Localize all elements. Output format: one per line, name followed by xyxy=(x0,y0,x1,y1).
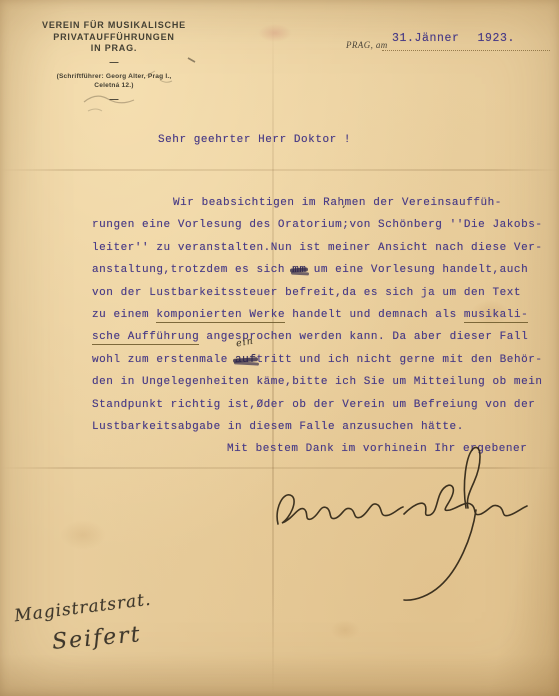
body-line-5: von der Lustbarkeitssteuer befreit,da es… xyxy=(92,282,554,304)
dateline: PRAG, am 31.Jänner1923. xyxy=(336,26,552,56)
body-line-3: leiter'' zu veranstalten.Nun ist meiner … xyxy=(92,237,554,259)
body-line-11: Lustbarkeitsabgabe in diesem Falle anzus… xyxy=(92,416,554,438)
letterhead-line3: IN PRAG. xyxy=(14,43,214,55)
letterhead-line2: PRIVATAUFFÜHRUNGEN xyxy=(14,32,214,44)
body-line-4-text: um eine Vorlesung handelt,auch xyxy=(307,264,529,276)
hand-underlined-phrase: komponierten Werke xyxy=(156,309,285,323)
letterhead-divider: — xyxy=(14,94,214,104)
letterhead-divider: — xyxy=(14,57,214,67)
body-line-2-text: von Schönberg ''Die Jakobs- xyxy=(349,219,542,231)
closing-line: Mit bestem Dank im vorhinein Ihr ergeben… xyxy=(92,438,554,460)
hand-underlined-phrase: musikali- xyxy=(464,309,528,323)
date-year: 1923. xyxy=(478,32,516,45)
letter-body: Wir beabsichtigen im Rahmen der Vereinsa… xyxy=(92,192,554,461)
date-day-month: 31.Jänner xyxy=(392,32,460,45)
horizontal-fold-crease-upper xyxy=(0,169,559,171)
body-line-6: zu einem komponierten Werke handelt und … xyxy=(92,304,554,326)
correction: aufein xyxy=(235,349,256,371)
age-spot xyxy=(60,520,106,550)
body-line-2: rungen eine Vorlesung des Oratorium;ʼvon… xyxy=(92,214,554,236)
body-line-1: Wir beabsichtigen im Rahmen der Vereinsa… xyxy=(92,192,554,214)
body-line-4: anstaltung,trotzdem es sich mm um eine V… xyxy=(92,259,554,281)
annotation-name: Seifert xyxy=(51,622,142,655)
salutation: Sehr geehrter Herr Doktor ! xyxy=(158,134,351,146)
letterhead-secretary-line2: Celetná 12.) xyxy=(14,81,214,90)
body-line-9: den in Ungelegenheiten käme,bitte ich Si… xyxy=(92,371,554,393)
letter-scan: VEREIN FÜR MUSIKALISCHE PRIVATAUFFÜHRUNG… xyxy=(0,0,559,696)
annotation-title: Magistratsrat. xyxy=(13,590,152,627)
dateline-typed-date: 31.Jänner1923. xyxy=(392,32,515,45)
dateline-printed-place: PRAG, am xyxy=(346,40,388,50)
body-line-7: sche Aufführung angesprochen werden kann… xyxy=(92,326,554,348)
letterhead: VEREIN FÜR MUSIKALISCHE PRIVATAUFFÜHRUNG… xyxy=(14,20,214,104)
typed-strikeout: auf xyxy=(235,349,256,371)
body-line-8-text: wohl zum erstenmale xyxy=(92,354,235,366)
letterhead-secretary-line1: (Schriftführer: Georg Alter, Prag I., xyxy=(14,72,214,81)
typed-strikeout: mm xyxy=(292,259,306,281)
dateline-dotted-rule xyxy=(382,50,550,51)
body-line-4-text: anstaltung,trotzdem es sich xyxy=(92,264,292,276)
pink-smudge-stain xyxy=(258,24,292,42)
horizontal-fold-crease-lower xyxy=(0,467,559,469)
body-line-6-text: zu einem xyxy=(92,309,156,321)
signature: Alexander Zemlinsky xyxy=(252,438,548,608)
body-line-6-text: handelt und demnach als xyxy=(285,309,464,321)
insertion-point: ;ʼ xyxy=(342,214,349,236)
hand-underlined-phrase: sche Aufführung xyxy=(92,331,199,345)
typed-mark: ; xyxy=(342,219,349,231)
letterhead-line1: VEREIN FÜR MUSIKALISCHE xyxy=(14,20,214,32)
body-line-10: Standpunkt richtig ist,Øder ob der Verei… xyxy=(92,394,554,416)
age-spot xyxy=(330,620,360,640)
body-line-8: wohl zum erstenmale aufeintritt und ich … xyxy=(92,349,554,371)
body-line-2-text: rungen eine Vorlesung des Oratorium xyxy=(92,219,342,231)
body-line-8-text: tritt und ich nicht gerne mit den Behör- xyxy=(257,354,543,366)
